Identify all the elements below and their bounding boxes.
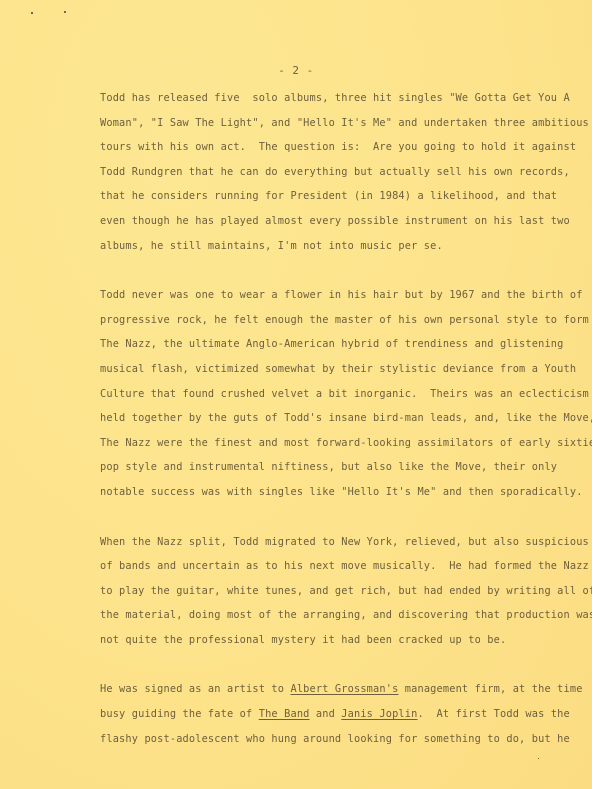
text-line: The Nazz, the ultimate Anglo-American hy… xyxy=(100,332,580,357)
text-line: Todd Rundgren that he can do everything … xyxy=(100,160,580,185)
text-line: flashy post-adolescent who hung around l… xyxy=(100,727,580,752)
text-line: notable success was with singles like "H… xyxy=(100,480,580,505)
text-segment: Todd has released five solo albums, thre… xyxy=(100,92,570,104)
text-line: Todd never was one to wear a flower in h… xyxy=(100,283,580,308)
text-line: musical flash, victimized somewhat by th… xyxy=(100,357,580,382)
text-segment: even though he has played almost every p… xyxy=(100,215,570,227)
body-text: Todd has released five solo albums, thre… xyxy=(100,86,580,776)
text-line: He was signed as an artist to Albert Gro… xyxy=(100,677,580,702)
text-segment: albums, he still maintains, I'm not into… xyxy=(100,240,443,252)
text-segment: progressive rock, he felt enough the mas… xyxy=(100,314,589,326)
text-line: Todd has released five solo albums, thre… xyxy=(100,86,580,111)
text-segment: Culture that found crushed velvet a bit … xyxy=(100,388,589,400)
underlined-name: The Band xyxy=(259,708,310,720)
text-segment: that he considers running for President … xyxy=(100,190,557,202)
text-segment: Todd Rundgren that he can do everything … xyxy=(100,166,570,178)
paragraph: Todd never was one to wear a flower in h… xyxy=(100,283,580,504)
underlined-name: Albert Grossman's xyxy=(290,683,398,695)
text-line: of bands and uncertain as to his next mo… xyxy=(100,554,580,579)
punch-mark xyxy=(64,11,66,13)
text-line: held together by the guts of Todd's insa… xyxy=(100,406,580,431)
text-line: the material, doing most of the arrangin… xyxy=(100,603,580,628)
text-line: Culture that found crushed velvet a bit … xyxy=(100,382,580,407)
text-line: albums, he still maintains, I'm not into… xyxy=(100,234,580,259)
text-line: When the Nazz split, Todd migrated to Ne… xyxy=(100,530,580,555)
text-segment: Woman", "I Saw The Light", and "Hello It… xyxy=(100,117,589,129)
text-segment: held together by the guts of Todd's insa… xyxy=(100,412,592,424)
text-segment: The Nazz, the ultimate Anglo-American hy… xyxy=(100,338,564,350)
paragraph: When the Nazz split, Todd migrated to Ne… xyxy=(100,530,580,653)
text-segment: Todd never was one to wear a flower in h… xyxy=(100,289,583,301)
text-line: even though he has played almost every p… xyxy=(100,209,580,234)
text-line: Woman", "I Saw The Light", and "Hello It… xyxy=(100,111,580,136)
paragraph: Todd has released five solo albums, thre… xyxy=(100,86,580,258)
text-segment: pop style and instrumental niftiness, bu… xyxy=(100,461,557,473)
text-segment: notable success was with singles like "H… xyxy=(100,486,583,498)
text-line: progressive rock, he felt enough the mas… xyxy=(100,308,580,333)
text-segment: The Nazz were the finest and most forwar… xyxy=(100,437,592,449)
text-line: busy guiding the fate of The Band and Ja… xyxy=(100,702,580,727)
text-line: not quite the professional mystery it ha… xyxy=(100,628,580,653)
text-segment: and xyxy=(310,708,342,720)
text-segment: not quite the professional mystery it ha… xyxy=(100,634,506,646)
text-segment: the material, doing most of the arrangin… xyxy=(100,609,592,621)
text-segment: to play the guitar, white tunes, and get… xyxy=(100,585,592,597)
text-segment: musical flash, victimized somewhat by th… xyxy=(100,363,576,375)
text-segment: When the Nazz split, Todd migrated to Ne… xyxy=(100,536,589,548)
text-line: that he considers running for President … xyxy=(100,184,580,209)
text-line: pop style and instrumental niftiness, bu… xyxy=(100,455,580,480)
text-line: tours with his own act. The question is:… xyxy=(100,135,580,160)
paragraph: He was signed as an artist to Albert Gro… xyxy=(100,677,580,751)
underlined-name: Janis Joplin xyxy=(341,708,417,720)
text-line: The Nazz were the finest and most forwar… xyxy=(100,431,580,456)
text-segment: tours with his own act. The question is:… xyxy=(100,141,576,153)
text-segment: flashy post-adolescent who hung around l… xyxy=(100,733,570,745)
text-segment: management firm, at the time xyxy=(398,683,582,695)
punch-mark xyxy=(31,12,33,14)
text-line: to play the guitar, white tunes, and get… xyxy=(100,579,580,604)
text-segment: busy guiding the fate of xyxy=(100,708,259,720)
page-number: - 2 - xyxy=(0,64,592,77)
text-segment: He was signed as an artist to xyxy=(100,683,290,695)
text-segment: of bands and uncertain as to his next mo… xyxy=(100,560,589,572)
text-segment: . At first Todd was the xyxy=(417,708,569,720)
document-page: - 2 - Todd has released five solo albums… xyxy=(0,0,592,789)
